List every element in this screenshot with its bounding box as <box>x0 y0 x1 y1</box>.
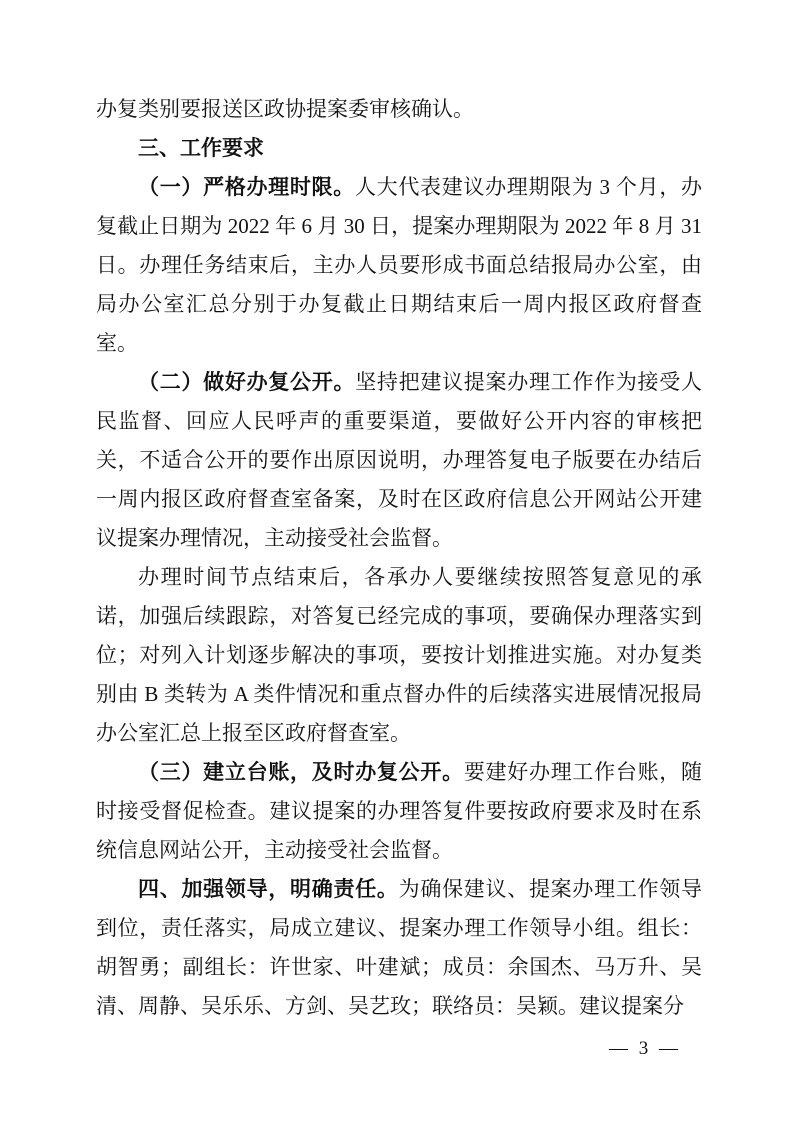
paragraph-followup: 办理时间节点结束后，各承办人要继续按照答复意见的承诺，加强后续跟踪，对答复已经完… <box>96 558 702 753</box>
paragraph-lead: 四、加强领导，明确责任。 <box>138 877 399 901</box>
paragraph-section-4: 四、加强领导，明确责任。为确保建议、提案办理工作领导到位，责任落实，局成立建议、… <box>96 870 702 1026</box>
document-body: 办复类别要报送区政协提案委审核确认。 三、工作要求 （一）严格办理时限。人大代表… <box>96 90 702 1026</box>
paragraph-item-1: （一）严格办理时限。人大代表建议办理期限为 3 个月，办复截止日期为 2022 … <box>96 168 702 363</box>
paragraph-text: 办理时间节点结束后，各承办人要继续按照答复意见的承诺，加强后续跟踪，对答复已经完… <box>96 565 702 745</box>
paragraph-continuation: 办复类别要报送区政协提案委审核确认。 <box>96 90 702 129</box>
section-heading-3: 三、工作要求 <box>96 129 702 168</box>
paragraph-text: 办复类别要报送区政协提案委审核确认。 <box>96 97 474 121</box>
paragraph-text: 坚持把建议提案办理工作作为接受人民监督、回应人民呼声的重要渠道，要做好公开内容的… <box>96 370 702 550</box>
document-page: 办复类别要报送区政协提案委审核确认。 三、工作要求 （一）严格办理时限。人大代表… <box>0 0 793 1122</box>
paragraph-lead: （三）建立台账，及时办复公开。 <box>138 760 464 784</box>
heading-text: 三、工作要求 <box>138 137 264 160</box>
paragraph-lead: （一）严格办理时限。 <box>138 175 355 199</box>
paragraph-item-3: （三）建立台账，及时办复公开。要建好办理工作台账，随时接受督促检查。建议提案的办… <box>96 753 702 870</box>
paragraph-text: 人大代表建议办理期限为 3 个月，办复截止日期为 2022 年 6 月 30 日… <box>96 175 702 355</box>
page-number: — 3 — <box>609 1038 681 1060</box>
paragraph-lead: （二）做好办复公开。 <box>138 370 355 394</box>
paragraph-item-2: （二）做好办复公开。坚持把建议提案办理工作作为接受人民监督、回应人民呼声的重要渠… <box>96 363 702 558</box>
